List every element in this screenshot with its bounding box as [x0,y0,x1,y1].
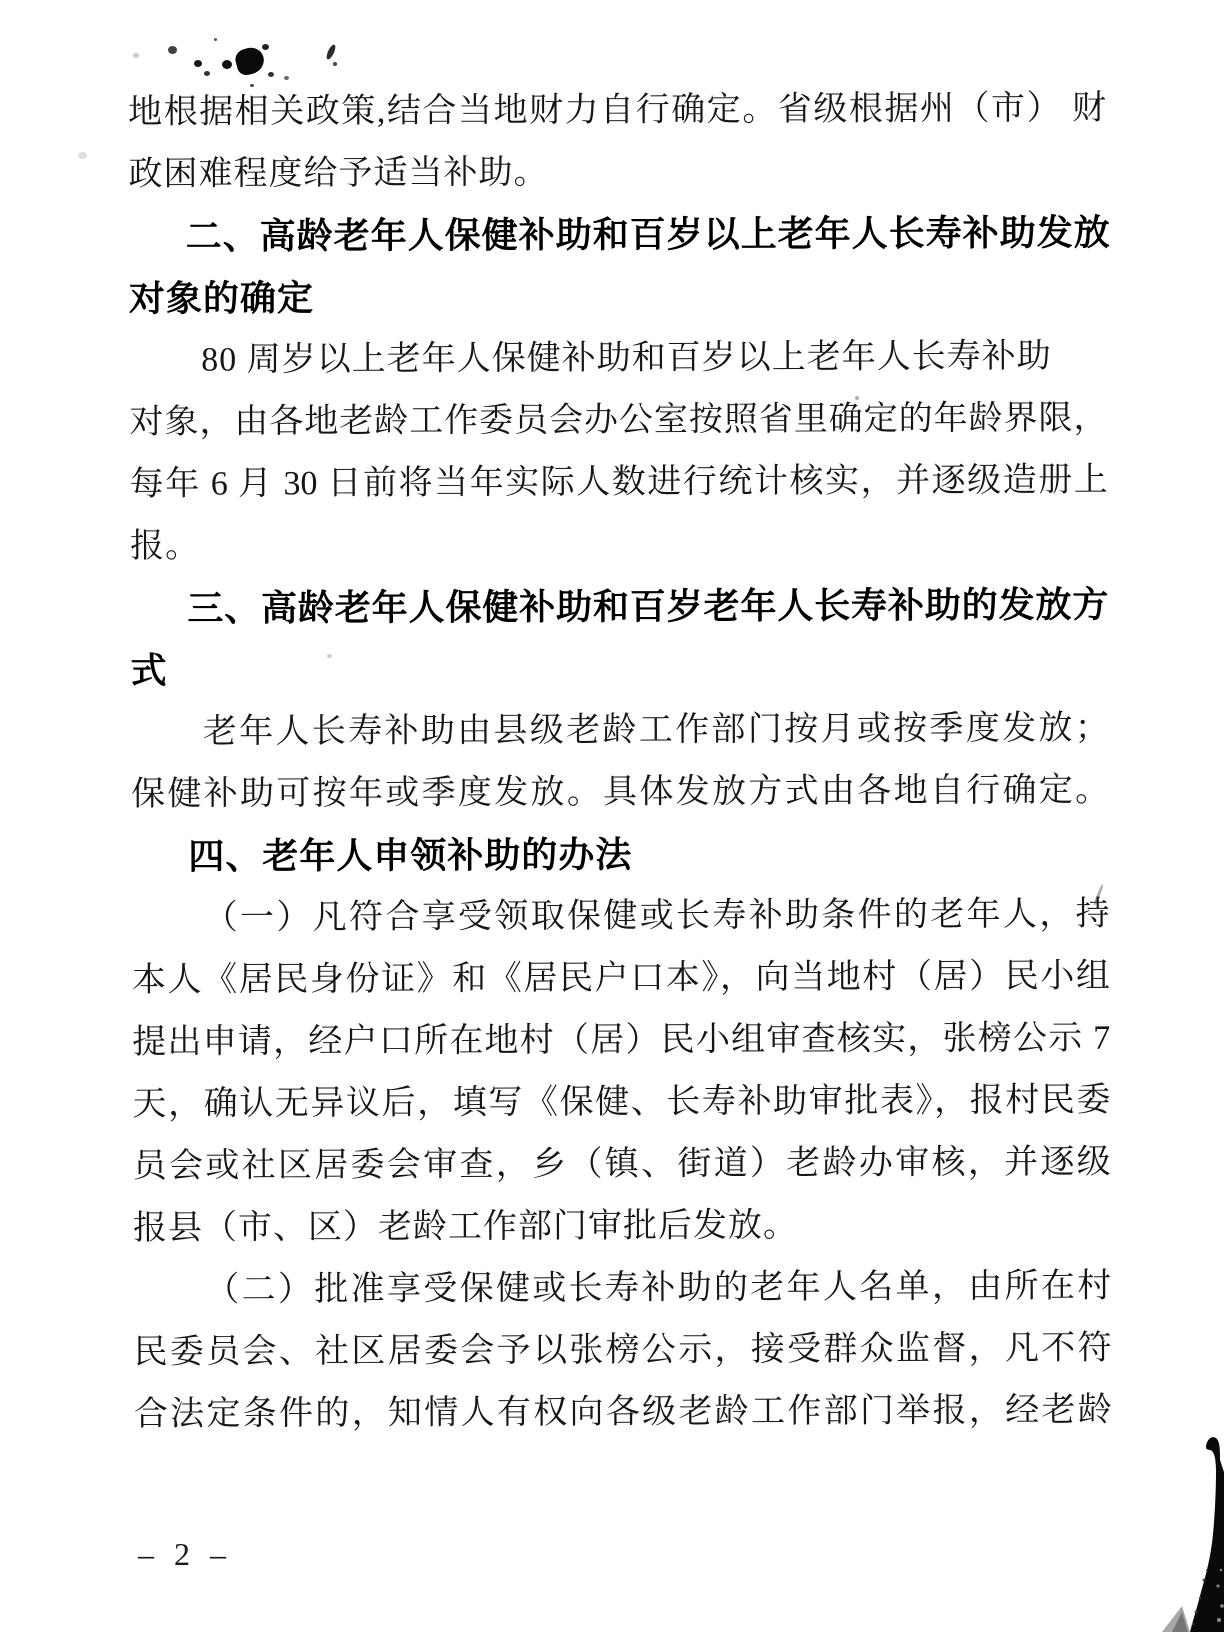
ink-speck [262,44,269,50]
ink-speck [194,60,202,67]
ink-speck [214,38,217,41]
body-line: （二）批准享受保健或长寿补助的老年人名单，由所在村 [133,1256,1111,1322]
ink-smudge [233,45,267,77]
ink-smudge [222,60,232,69]
ink-speck [333,62,337,66]
body-line: （一）凡符合享受领取保健或长寿补助条件的老年人，持 [132,884,1110,950]
text-block: 地根据相关政策,结合当地财力自行确定。省级根据州（市） 财政困难程度给予适当补助… [128,78,1112,1446]
scan-edge-artifact [1160,1420,1224,1632]
body-line: 提出申请，经户口所在地村（居）民小组审查核实，张榜公示 7 [132,1008,1110,1074]
scanned-document-page: 地根据相关政策,结合当地财力自行确定。省级根据州（市） 财政困难程度给予适当补助… [0,0,1224,1632]
body-line: 对象，由各地老龄工作委员会办公室按照省里确定的年龄界限， [129,388,1107,454]
heading-line: 式 [130,636,1108,702]
heading-line: 三、高龄老年人保健补助和百岁老年人长寿补助的发放方 [130,574,1108,640]
body-line: 地根据相关政策,结合当地财力自行确定。省级根据州（市） 财 [128,78,1106,144]
ink-speck [133,53,139,58]
body-line: 政困难程度给予适当补助。 [128,140,1106,206]
body-line: 本人《居民身份证》和《居民户口本》，向当地村（居）民小组 [132,946,1110,1012]
body-line: 民委员会、社区居委会予以张榜公示，接受群众监督，凡不符 [133,1318,1111,1384]
ink-speck [204,71,210,76]
body-line: 报县（市、区）老龄工作部门审批后发放。 [133,1194,1111,1260]
ink-speck [168,46,177,54]
heading-line: 二、高龄老年人保健补助和百岁以上老年人长寿补助发放 [129,202,1107,268]
body-line: 每年 6 月 30 日前将当年实际人数进行统计核实，并逐级造册上 [130,450,1108,516]
ink-speck [284,76,289,80]
body-line: 80 周岁以上老年人保健补助和百岁以上老年人长寿补助 [129,326,1107,392]
body-line: 合法定条件的，知情人有权向各级老龄工作部门举报，经老龄 [134,1380,1112,1446]
black-edge-band [1190,1437,1224,1632]
ink-tick-mark [325,43,337,60]
body-line: 老年人长寿补助由县级老龄工作部门按月或按季度发放； [131,698,1109,764]
body-line: 员会或社区居委会审查，乡（镇、街道）老龄办审核，并逐级 [133,1132,1111,1198]
heading-line: 四、老年人申领补助的办法 [131,822,1109,888]
body-line: 报。 [130,512,1108,578]
ink-speck [268,72,274,77]
faint-smudge [78,152,87,159]
body-line: 保健补助可按年或季度发放。具体发放方式由各地自行确定。 [131,760,1109,826]
body-line: 天，确认无异议后，填写《保健、长寿补助审批表》，报村民委 [132,1070,1110,1136]
page-number: – 2 – [138,1534,232,1574]
heading-line: 对象的确定 [129,264,1107,330]
